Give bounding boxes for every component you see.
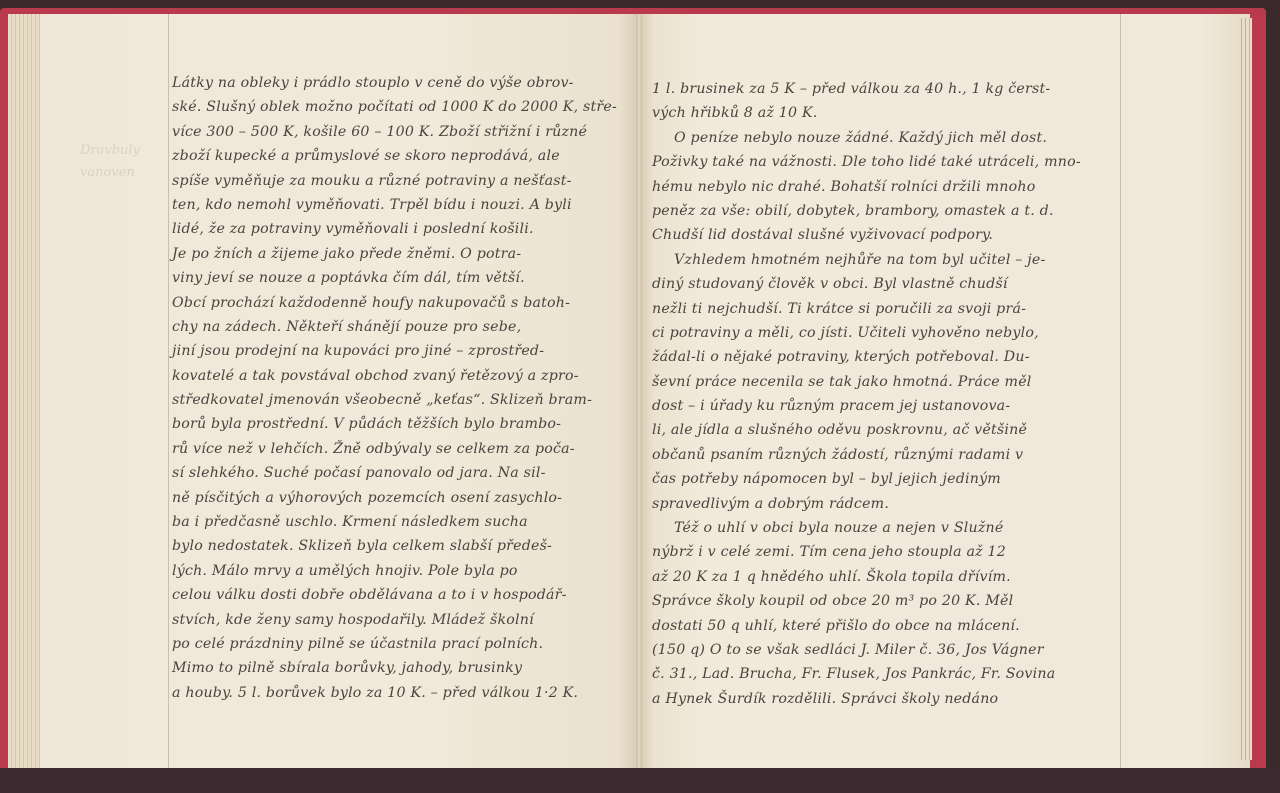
handwritten-line: spravedlivým a dobrým rádcem. (652, 492, 1122, 516)
left-margin-rule (168, 14, 169, 768)
handwritten-line: peněz za vše: obilí, dobytek, brambory, … (652, 199, 1122, 223)
handwritten-line: kovatelé a tak povstával obchod zvaný ře… (172, 364, 632, 388)
handwritten-line: středkovatel jmenován všeobecně „keťas“.… (172, 388, 632, 412)
handwritten-line: lidé, že za potraviny vyměňovali i posle… (172, 217, 632, 241)
handwritten-line: vých hřibků 8 až 10 K. (652, 101, 1122, 125)
handwritten-line: Je po žních a žijeme jako přede žněmi. O… (172, 242, 632, 266)
handwritten-line: nýbrž i v celé zemi. Tím cena jeho stoup… (652, 540, 1122, 564)
handwritten-line: zboží kupecké a průmyslové se skoro nepr… (172, 144, 632, 168)
bleed-through-text: Dravbuly vanoven (80, 140, 140, 184)
handwritten-line: hému nebylo nic drahé. Bohatší rolníci d… (652, 175, 1122, 199)
bleed-line: vanoven (80, 162, 140, 184)
handwritten-line: č. 31., Lad. Brucha, Fr. Flusek, Jos Pan… (652, 662, 1122, 686)
handwritten-line: sí slehkého. Suché počasí panovalo od ja… (172, 461, 632, 485)
handwritten-line: čas potřeby nápomocen byl – byl jejich j… (652, 467, 1122, 491)
handwritten-line: Látky na obleky i prádlo stouplo v ceně … (172, 71, 632, 95)
handwritten-line: a Hynek Šurdík rozdělili. Správci školy … (652, 687, 1122, 711)
handwritten-line: dost – i úřady ku různým pracem jej usta… (652, 394, 1122, 418)
handwritten-line: po celé prázdniny pilně se účastnila pra… (172, 632, 632, 656)
handwritten-line: borů byla prostřední. V půdách těžších b… (172, 412, 632, 436)
handwritten-line: viny jeví se nouze a poptávka čím dál, t… (172, 266, 632, 290)
backdrop (0, 768, 1280, 793)
handwritten-line: (150 q) O to se však sedláci J. Miler č.… (652, 638, 1122, 662)
handwritten-line: stvích, kde ženy samy hospodařily. Mláde… (172, 608, 632, 632)
bleed-line: Dravbuly (80, 140, 140, 162)
handwritten-line: diný studovaný člověk v obci. Byl vlastn… (652, 272, 1122, 296)
handwritten-line: O peníze nebylo nouze žádné. Každý jich … (652, 126, 1122, 150)
handwritten-line: 1 l. brusinek za 5 K – před válkou za 40… (652, 77, 1122, 101)
handwritten-line: chy na zádech. Někteří shánějí pouze pro… (172, 315, 632, 339)
handwritten-line: ten, kdo nemohl vyměňovati. Trpěl bídu i… (172, 193, 632, 217)
handwritten-line: Mimo to pilně sbírala borůvky, jahody, b… (172, 656, 632, 680)
left-page-text: Látky na obleky i prádlo stouplo v ceně … (172, 71, 632, 705)
handwritten-line: jiní jsou prodejní na kupováci pro jiné … (172, 339, 632, 363)
handwritten-line: Vzhledem hmotném nejhůře na tom byl učit… (652, 248, 1122, 272)
handwritten-line: dostati 50 q uhlí, které přišlo do obce … (652, 614, 1122, 638)
handwritten-line: ně písčitých a výhorových pozemcích osen… (172, 486, 632, 510)
handwritten-line: rů více než v lehčích. Žně odbývaly se c… (172, 437, 632, 461)
handwritten-line: bylo nedostatek. Sklizeň byla celkem sla… (172, 534, 632, 558)
handwritten-line: až 20 K za 1 q hnědého uhlí. Škola topil… (652, 565, 1122, 589)
handwritten-line: Obcí prochází každodenně houfy nakupovač… (172, 291, 632, 315)
handwritten-line: Též o uhlí v obci byla nouze a nejen v S… (652, 516, 1122, 540)
handwritten-line: žádal-li o nějaké potraviny, kterých pot… (652, 345, 1122, 369)
handwritten-line: Chudší lid dostával slušné vyživovací po… (652, 223, 1122, 247)
handwritten-line: lých. Málo mrvy a umělých hnojiv. Pole b… (172, 559, 632, 583)
handwritten-line: spíše vyměňuje za mouku a různé potravin… (172, 169, 632, 193)
handwritten-line: Poživky také na vážnosti. Dle toho lidé … (652, 150, 1122, 174)
handwritten-line: nežli ti nejchudší. Ti krátce si poručil… (652, 297, 1122, 321)
handwritten-line: ci potraviny a měli, co jísti. Učiteli v… (652, 321, 1122, 345)
handwritten-line: občanů psaním různých žádostí, různými r… (652, 443, 1122, 467)
left-page-edges (8, 14, 40, 768)
handwritten-line: li, ale jídla a slušného oděvu poskrovnu… (652, 418, 1122, 442)
handwritten-line: ba i předčasně uschlo. Krmení následkem … (172, 510, 632, 534)
right-page-edges (1238, 18, 1252, 760)
handwritten-line: celou válku dosti dobře obdělávana a to … (172, 583, 632, 607)
handwritten-line: ševní práce necenila se tak jako hmotná.… (652, 370, 1122, 394)
handwritten-line: více 300 – 500 K, košile 60 – 100 K. Zbo… (172, 120, 632, 144)
handwritten-line: a houby. 5 l. borůvek bylo za 10 K. – př… (172, 681, 632, 705)
book-gutter (636, 14, 642, 768)
handwritten-line: ské. Slušný oblek možno počítati od 1000… (172, 95, 632, 119)
right-page-text: 1 l. brusinek za 5 K – před válkou za 40… (652, 77, 1122, 711)
handwritten-line: Správce školy koupil od obce 20 m³ po 20… (652, 589, 1122, 613)
